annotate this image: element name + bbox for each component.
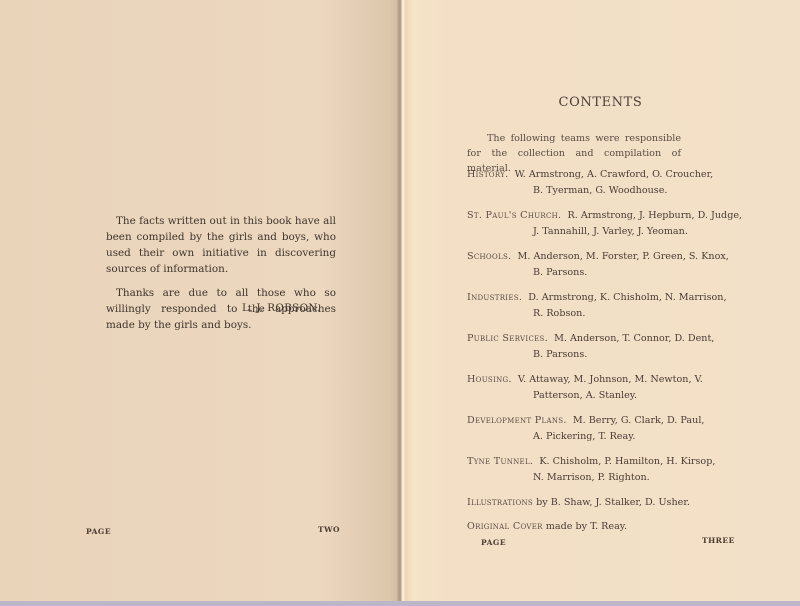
team-heading: Public Services.: [467, 333, 548, 344]
team-members-cont: Patterson, A. Stanley.: [467, 388, 767, 404]
team-entry: Industries. D. Armstrong, K. Chisholm, N…: [467, 290, 767, 321]
team-members: V. Attaway, M. Johnson, M. Newton, V.: [518, 374, 703, 385]
folio-number-left: TWO: [318, 525, 340, 534]
credit-heading: Original Cover: [467, 521, 543, 532]
credit-text: by B. Shaw, J. Stalker, D. Usher.: [536, 497, 690, 508]
team-members: M. Anderson, T. Connor, D. Dent,: [554, 333, 714, 344]
folio-label-right: PAGE: [481, 538, 506, 547]
folio-label-left: PAGE: [86, 527, 111, 536]
book-spread: The facts written out in this book have …: [0, 0, 800, 601]
folio-number-right: THREE: [702, 536, 735, 545]
credit-cover: Original Cover made by T. Reay.: [467, 519, 767, 534]
team-heading: St. Paul's Church.: [467, 210, 561, 221]
team-entry: Public Services. M. Anderson, T. Connor,…: [467, 331, 767, 362]
team-heading: Development Plans.: [467, 415, 567, 426]
team-entry: Schools. M. Anderson, M. Forster, P. Gre…: [467, 249, 767, 280]
foreword-text-1: The facts written out in this book have …: [106, 215, 336, 275]
team-heading: Schools.: [467, 251, 511, 262]
team-entry: Development Plans. M. Berry, G. Clark, D…: [467, 413, 767, 444]
team-members-cont: A. Pickering, T. Reay.: [467, 429, 767, 445]
team-members-cont: R. Robson.: [467, 306, 767, 322]
team-list: History. W. Armstrong, A. Crawford, O. C…: [467, 167, 767, 543]
team-members-cont: N. Marrison, P. Righton.: [467, 470, 767, 486]
team-members-cont: B. Parsons.: [467, 265, 767, 281]
team-members: K. Chisholm, P. Hamilton, H. Kirsop,: [539, 456, 715, 467]
team-heading: Tyne Tunnel.: [467, 456, 533, 467]
background-edge: [0, 601, 800, 606]
team-heading: History.: [467, 169, 508, 180]
left-page: The facts written out in this book have …: [0, 0, 401, 601]
team-entry: Tyne Tunnel. K. Chisholm, P. Hamilton, H…: [467, 454, 767, 485]
team-entry: Housing. V. Attaway, M. Johnson, M. Newt…: [467, 372, 767, 403]
team-entry: St. Paul's Church. R. Armstrong, J. Hepb…: [467, 208, 767, 239]
team-members: M. Anderson, M. Forster, P. Green, S. Kn…: [518, 251, 729, 262]
credit-heading: Illustrations: [467, 497, 533, 508]
team-members: D. Armstrong, K. Chisholm, N. Marrison,: [528, 292, 726, 303]
team-entry: History. W. Armstrong, A. Crawford, O. C…: [467, 167, 767, 198]
team-members-cont: B. Parsons.: [467, 347, 767, 363]
right-page: CONTENTS The following teams were respon…: [401, 0, 800, 601]
team-members: R. Armstrong, J. Hepburn, D. Judge,: [568, 210, 743, 221]
team-heading: Industries.: [467, 292, 522, 303]
contents-title: CONTENTS: [401, 95, 800, 110]
team-members: W. Armstrong, A. Crawford, O. Croucher,: [515, 169, 714, 180]
credit-illustrations: Illustrations by B. Shaw, J. Stalker, D.…: [467, 495, 767, 510]
book-spine: [397, 0, 405, 601]
credit-text: made by T. Reay.: [546, 521, 627, 532]
signature: L. J. ROBSON.: [242, 302, 321, 314]
team-members-cont: B. Tyerman, G. Woodhouse.: [467, 183, 767, 199]
foreword-paragraph-1: The facts written out in this book have …: [106, 213, 336, 277]
team-members: M. Berry, G. Clark, D. Paul,: [573, 415, 705, 426]
team-members-cont: J. Tannahill, J. Varley, J. Yeoman.: [467, 224, 767, 240]
team-heading: Housing.: [467, 374, 512, 385]
foreword: The facts written out in this book have …: [106, 213, 336, 341]
